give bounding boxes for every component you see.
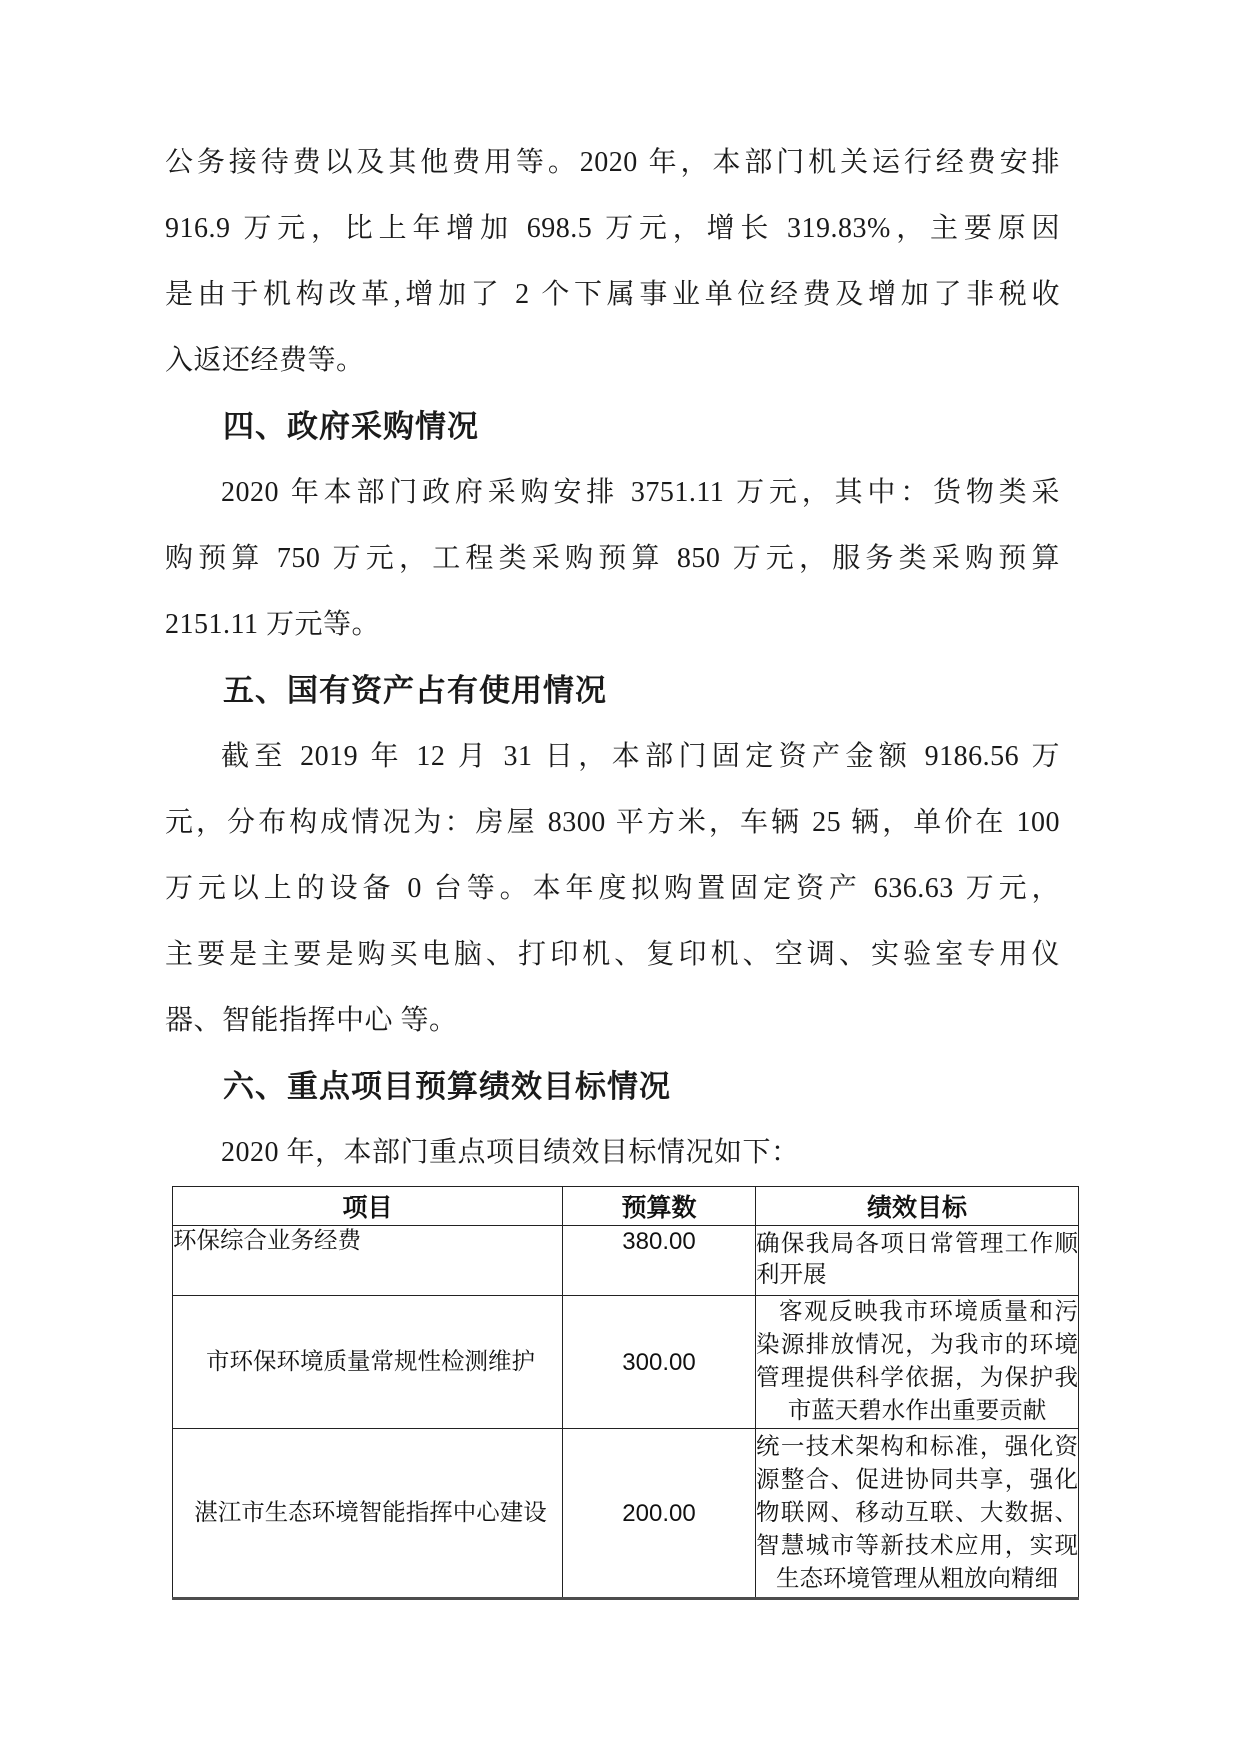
budget-cell: 380.00 <box>563 1226 756 1296</box>
budget-cell: 200.00 <box>563 1429 756 1599</box>
section-heading-4: 四、政府采购情况 <box>165 394 1060 460</box>
body-line: 916.9 万元，比上年增加 698.5 万元，增长 319.83%，主要原因 <box>165 196 1060 262</box>
goal-cell: 统一技术架构和标准，强化资源整合、促进协同共享，强化物联网、移动互联、大数据、智… <box>756 1429 1079 1599</box>
body-line: 公务接待费以及其他费用等。2020 年，本部门机关运行经费安排 <box>165 130 1060 196</box>
body-line: 是由于机构改革,增加了 2 个下属事业单位经费及增加了非税收 <box>165 262 1060 328</box>
table-header-row: 项目 预算数 绩效目标 <box>173 1187 1079 1226</box>
table-row: 湛江市生态环境智能指挥中心建设 200.00 统一技术架构和标准，强化资源整合、… <box>173 1429 1079 1599</box>
body-line: 元，分布构成情况为：房屋 8300 平方米，车辆 25 辆，单价在 100 <box>165 790 1060 856</box>
body-line: 2020 年本部门政府采购安排 3751.11 万元，其中：货物类采 <box>165 460 1060 526</box>
body-line: 截至 2019 年 12 月 31 日，本部门固定资产金额 9186.56 万 <box>165 724 1060 790</box>
col-header-project: 项目 <box>173 1187 563 1226</box>
body-line: 购预算 750 万元，工程类采购预算 850 万元，服务类采购预算 <box>165 526 1060 592</box>
section-heading-5: 五、国有资产占有使用情况 <box>165 658 1060 724</box>
col-header-budget: 预算数 <box>563 1187 756 1226</box>
table-row: 市环保环境质量常规性检测维护 300.00 客观反映我市环境质量和污染源排放情况… <box>173 1296 1079 1429</box>
body-line: 入返还经费等。 <box>165 328 1060 394</box>
table-intro-line: 2020 年，本部门重点项目绩效目标情况如下： <box>165 1120 1060 1186</box>
table-row: 环保综合业务经费 380.00 确保我局各项日常管理工作顺利开展 <box>173 1226 1079 1296</box>
body-line: 器、智能指挥中心 等。 <box>165 988 1060 1054</box>
project-cell: 湛江市生态环境智能指挥中心建设 <box>173 1429 563 1599</box>
document-page: 公务接待费以及其他费用等。2020 年，本部门机关运行经费安排 916.9 万元… <box>0 0 1241 1754</box>
col-header-goal: 绩效目标 <box>756 1187 1079 1226</box>
body-text-block: 公务接待费以及其他费用等。2020 年，本部门机关运行经费安排 916.9 万元… <box>165 130 1060 1186</box>
performance-target-table: 项目 预算数 绩效目标 环保综合业务经费 380.00 确保我局各项日常管理工作… <box>172 1186 1079 1600</box>
project-cell: 环保综合业务经费 <box>173 1226 563 1296</box>
project-cell: 市环保环境质量常规性检测维护 <box>173 1296 563 1429</box>
goal-cell: 客观反映我市环境质量和污染源排放情况，为我市的环境管理提供科学依据，为保护我市蓝… <box>756 1296 1079 1429</box>
section-heading-6: 六、重点项目预算绩效目标情况 <box>165 1054 1060 1120</box>
body-line: 万元以上的设备 0 台等。本年度拟购置固定资产 636.63 万元， <box>165 856 1060 922</box>
body-line: 主要是主要是购买电脑、打印机、复印机、空调、实验室专用仪 <box>165 922 1060 988</box>
goal-cell: 确保我局各项日常管理工作顺利开展 <box>756 1226 1079 1296</box>
body-line: 2151.11 万元等。 <box>165 592 1060 658</box>
budget-cell: 300.00 <box>563 1296 756 1429</box>
